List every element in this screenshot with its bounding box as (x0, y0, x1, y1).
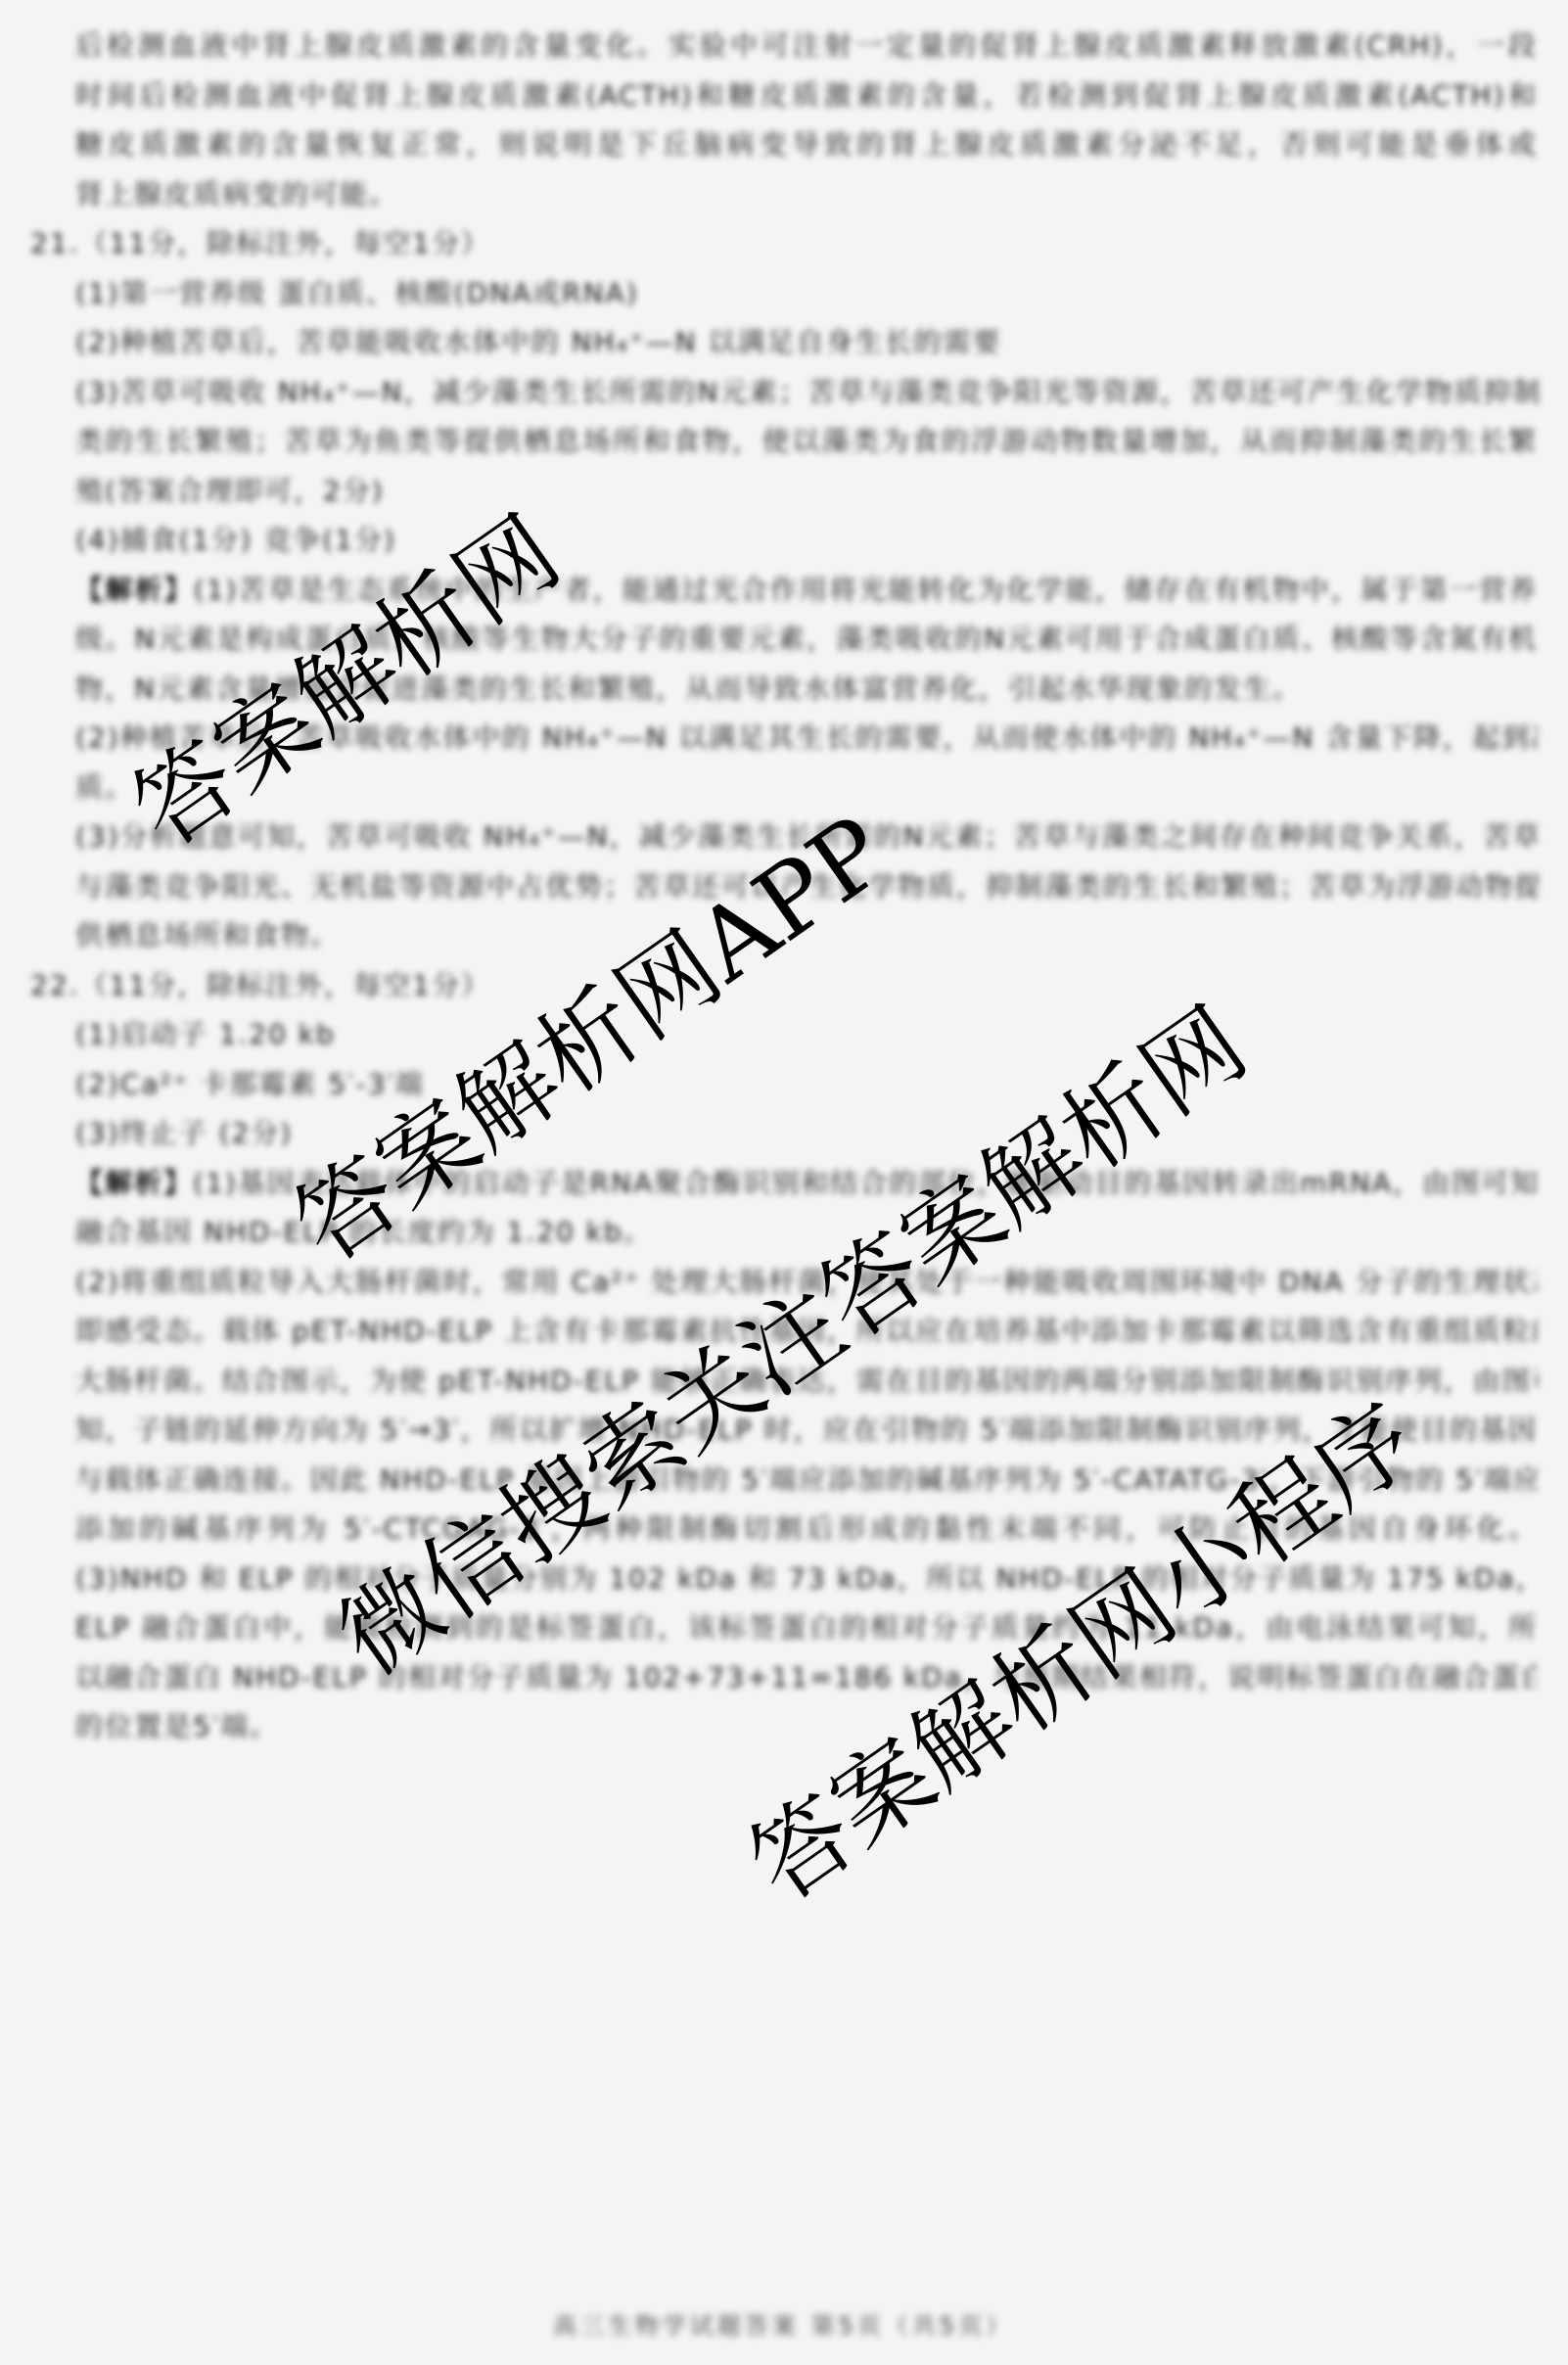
text-line: ELP 融合蛋白中，能被检测到的是标签蛋白，该标签蛋白的相对分子质量约为 11 … (75, 1603, 1538, 1653)
text-line: 肾上腺皮质病变的可能。 (75, 170, 1538, 220)
q22-answer-2: (2)Ca²⁺ 卡那霉素 5′-3′端 (75, 1060, 1538, 1110)
text-line: 物，N元素含量增加会促进藻类的生长和繁殖，从而导致水体富营养化，引起水华现象的发… (75, 665, 1538, 715)
text-line: 知，子链的延伸方向为 5′→3′，所以扩增 NHD-ELP 时，应在引物的 5′… (75, 1406, 1538, 1456)
q21-answer-2: (2)种植苦草后，苦草能吸收水体中的 NH₄⁺—N 以满足自身生长的需要 (75, 318, 1538, 368)
text-line: 与载体正确连接。因此 NHD-ELP 基因上游引物的 5′端应添加的碱基序列为 … (75, 1456, 1538, 1506)
text-line: 添加的碱基序列为 5′-CTCGAG-3′，两种限制酶切割后形成的黏性末端不同，… (75, 1505, 1538, 1554)
text-line: 与藻类竞争阳光、无机盐等资源中占优势；苦草还可以产生化学物质，抑制藻类的生长和繁… (75, 862, 1538, 912)
page-footer: 高三生物学试题答案 第5页（共5页） (548, 2306, 1018, 2341)
answer-document-body: 后检测血液中肾上腺皮质激素的含量变化。实验中可注射一定量的促肾上腺皮质激素释放激… (75, 22, 1538, 1752)
text-line: 以融合蛋白 NHD-ELP 的相对分子质量为 102+73+11=186 kDa… (75, 1653, 1538, 1703)
text-line: (2)种植苦草后，苦草吸收水体中的 NH₄⁺—N 以满足其生长的需要，从而使水体… (75, 714, 1538, 764)
text-line: 类的生长繁殖；苦草为鱼类等提供栖息场所和食物，使以藻类为食的浮游动物数量增加，从… (75, 417, 1538, 467)
text-line: (2)将重组质粒导入大肠杆菌时，常用 Ca²⁺ 处理大肠杆菌，使其处于一种能吸收… (75, 1258, 1538, 1308)
text-line: 即感受态。载体 pET-NHD-ELP 上含有卡那霉素抗性基因，所以应在培养基中… (75, 1307, 1538, 1357)
text-span: (1)基因表达载体中的启动子是RNA聚合酶识别和结合的部位，能驱动目的基因转录出… (193, 1167, 1538, 1199)
text-line: 供栖息场所和食物。 (75, 911, 1538, 961)
text-line: 级。N元素是构成蛋白质、核酸等生物大分子的重要元素，藻类吸收的N元素可用于合成蛋… (75, 615, 1538, 665)
q21-analysis-start: 【解析】(1)苦草是生态系统中的生产者，能通过光合作用将光能转化为化学能，储存在… (75, 566, 1538, 616)
text-line: 的位置是5′端。 (75, 1702, 1538, 1752)
question-22-header: 22.（11分，除标注外，每空1分） (30, 961, 1538, 1011)
q22-analysis-start: 【解析】(1)基因表达载体中的启动子是RNA聚合酶识别和结合的部位，能驱动目的基… (75, 1159, 1538, 1209)
q21-answer-4: (4)捕食(1分) 竞争(1分) (75, 516, 1538, 566)
q22-answer-1: (1)启动子 1.20 kb (75, 1010, 1538, 1060)
q21-answer-1: (1)第一营养级 蛋白质、核酸(DNA或RNA) (75, 269, 1538, 319)
text-span: (1)苦草是生态系统中的生产者，能通过光合作用将光能转化为化学能，储存在有机物中… (194, 574, 1538, 606)
q21-answer-3: (3)苦草可吸收 NH₄⁺—N，减少藻类生长所需的N元素；苦草与藻类竞争阳光等资… (75, 368, 1538, 418)
analysis-label: 【解析】 (75, 574, 194, 606)
text-line: 后检测血液中肾上腺皮质激素的含量变化。实验中可注射一定量的促肾上腺皮质激素释放激… (75, 22, 1538, 71)
text-line: 时间后检测血液中促肾上腺皮质激素(ACTH)和糖皮质激素的含量，若检测到促肾上腺… (75, 71, 1538, 121)
text-line: (3)分析题意可知，苦草可吸收 NH₄⁺—N，减少藻类生长所需的N元素；苦草与藻… (75, 812, 1538, 862)
text-line: 糖皮质激素的含量恢复正常，则说明是下丘脑病变导致的肾上腺皮质激素分泌不足，否则可… (75, 120, 1538, 170)
question-21-header: 21.（11分，除标注外，每空1分） (30, 219, 1538, 269)
text-line: 融合基因 NHD-ELP 的长度约为 1.20 kb。 (75, 1208, 1538, 1258)
text-line: 质。 (75, 764, 1538, 813)
text-line: 大肠杆菌。结合图示，为使 pET-NHD-ELP 能够正确表达，需在目的基因的两… (75, 1357, 1538, 1407)
analysis-label: 【解析】 (75, 1167, 193, 1199)
q22-answer-3: (3)终止子 (2分) (75, 1109, 1538, 1159)
text-line: 殖(答案合理即可，2分) (75, 467, 1538, 517)
text-line: (3)NHD 和 ELP 的相对分子质量分别为 102 kDa 和 73 kDa… (75, 1554, 1538, 1604)
